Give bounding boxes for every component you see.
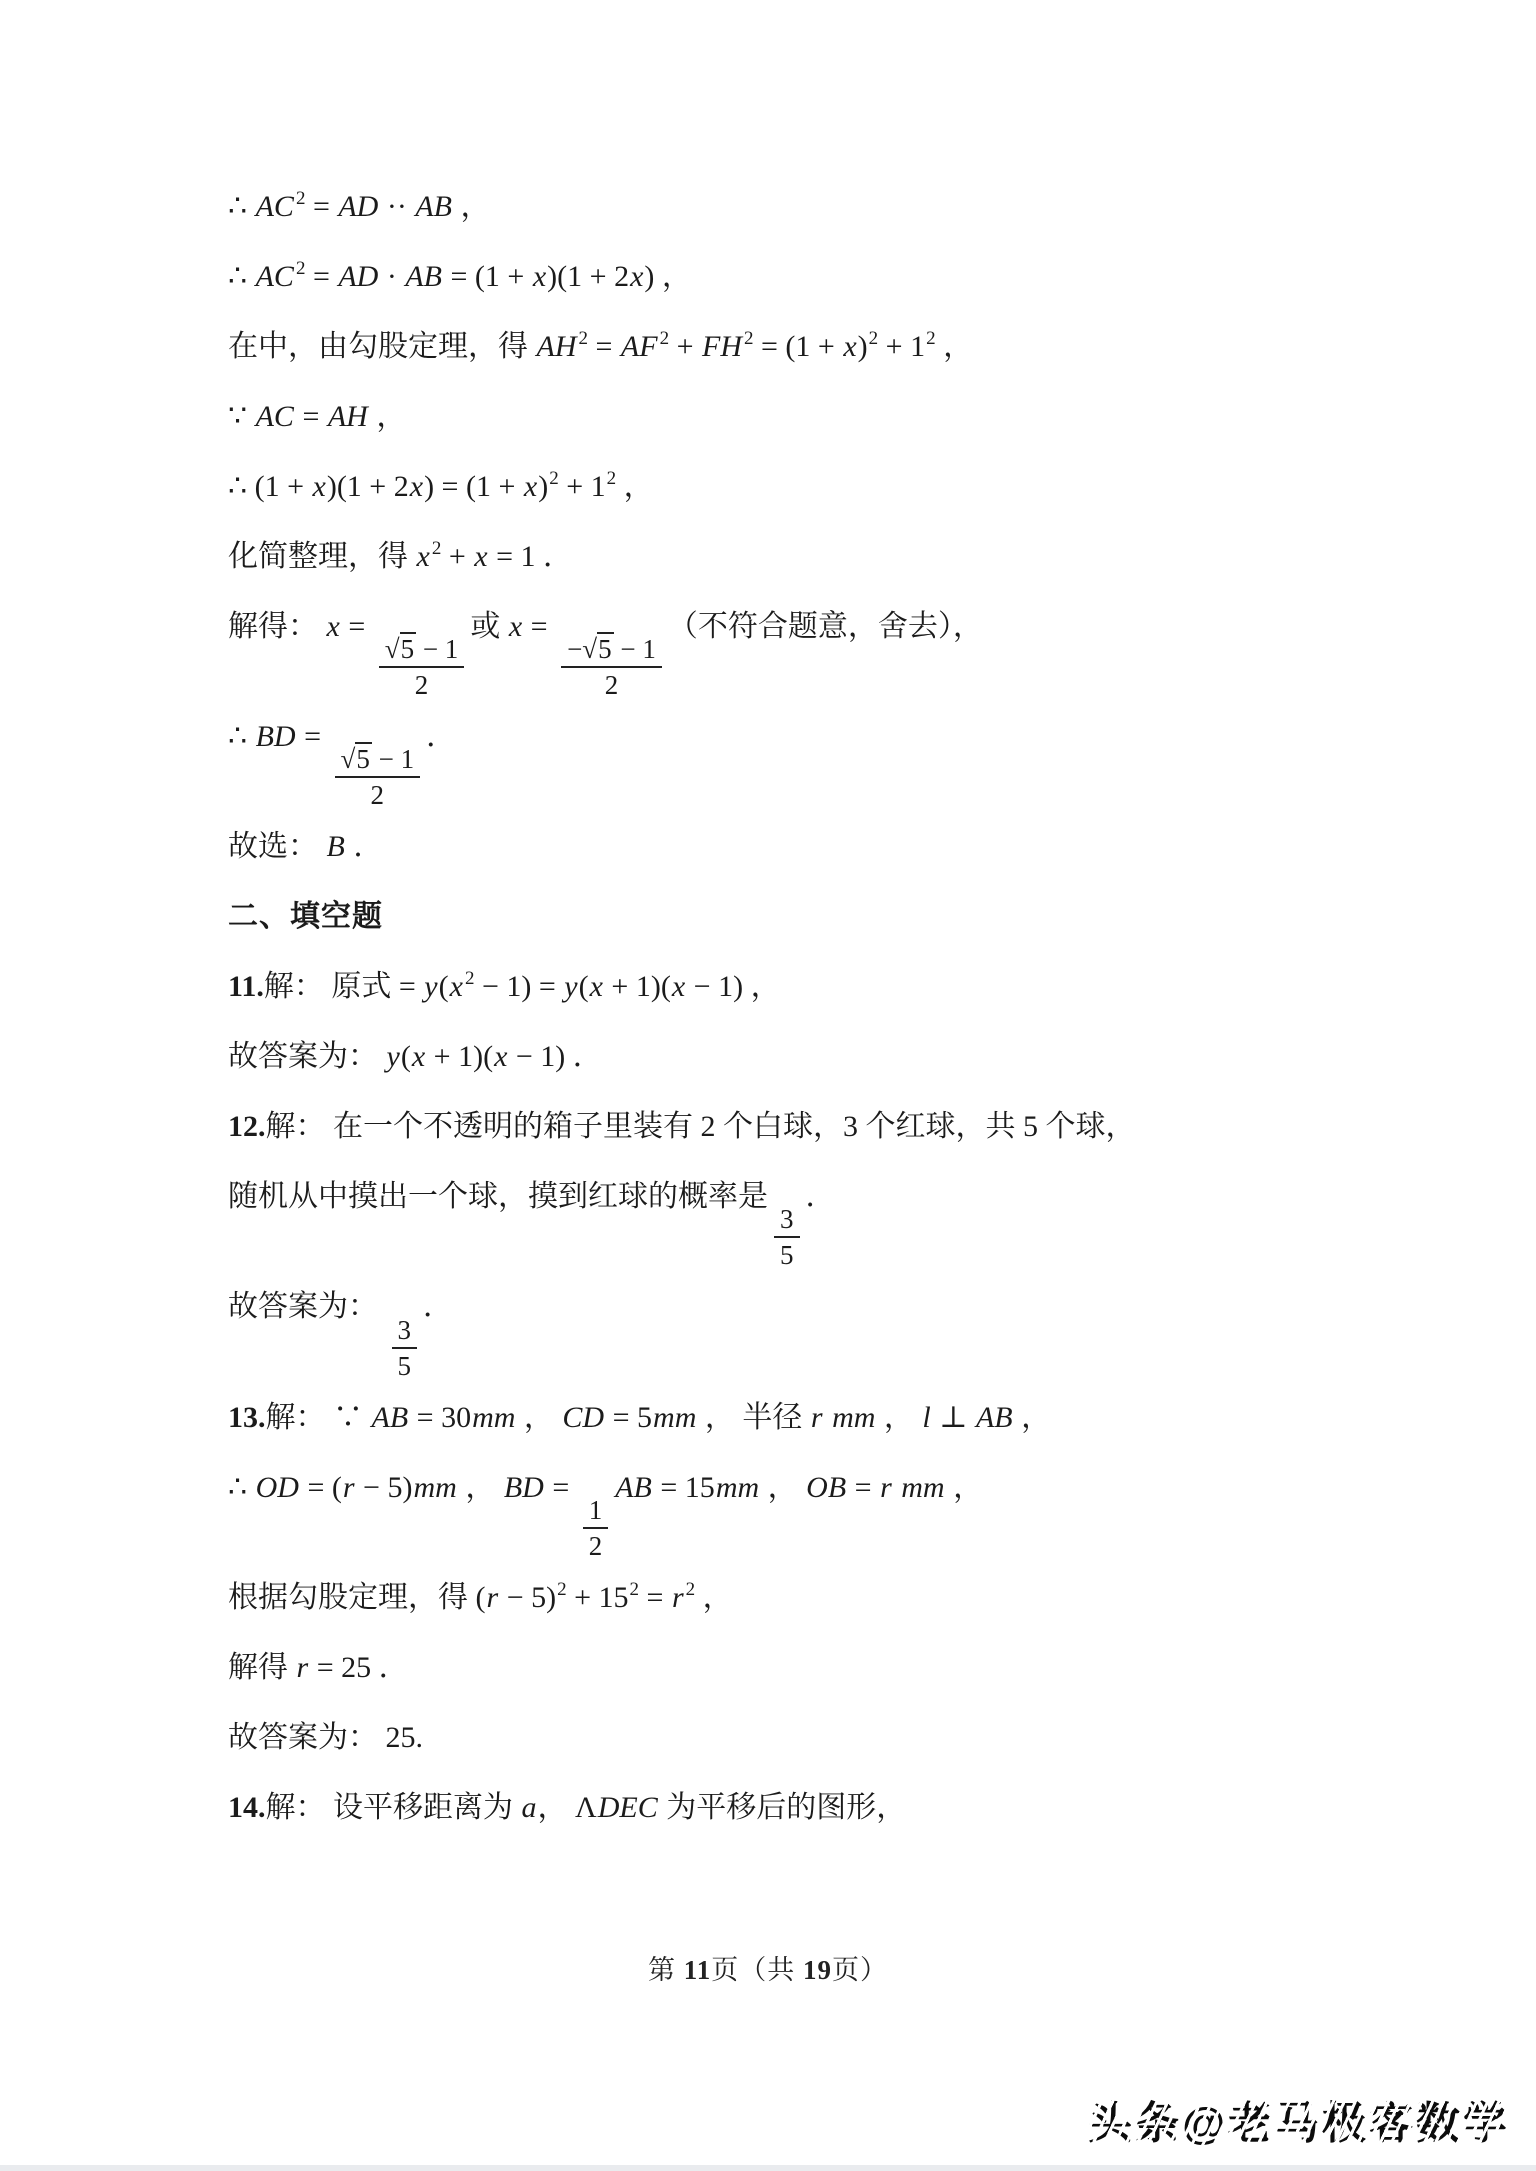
text-run: = (	[300, 1471, 342, 1504]
math-line: 根据勾股定理，得 (r − 5)2 + 152 = r2 ，	[228, 1581, 1476, 1615]
text-run: ∴	[228, 1471, 255, 1504]
page-bottom-edge	[0, 2165, 1536, 2171]
math-variable: OB	[805, 1471, 847, 1504]
text-run: =	[545, 1471, 577, 1504]
math-line: ∴ AC2 = AD ·· AB ，	[228, 190, 1476, 224]
math-variable: x	[409, 470, 424, 503]
text-run: ·	[379, 260, 404, 293]
fraction-denominator: 2	[415, 668, 429, 700]
math-variable: BD	[503, 1471, 545, 1504]
math-line: ∵ AC = AH ，	[228, 400, 1476, 434]
math-variable: r	[486, 1581, 500, 1614]
math-line: ∴ AC2 = AD · AB = (1 + x)(1 + 2x) ，	[228, 260, 1476, 294]
text-run: ．	[346, 830, 384, 863]
text-run: 解得	[228, 1651, 296, 1684]
text-run: =	[523, 610, 555, 643]
superscript: 2	[557, 1579, 567, 1600]
item-number: 12.	[228, 1110, 266, 1143]
text-run: = 25 ．	[309, 1651, 408, 1684]
math-variable: x	[842, 330, 857, 363]
math-variable: mm	[715, 1471, 760, 1504]
superscript: 2	[630, 1579, 640, 1600]
text-run: ，	[453, 190, 491, 223]
text-run: (	[439, 970, 449, 1003]
superscript: 2	[296, 258, 306, 279]
sqrt-radicand: 5	[597, 632, 614, 664]
text-run: 2	[605, 670, 619, 700]
math-variable: AB	[614, 1471, 653, 1504]
fraction: √5 − 12	[379, 634, 465, 700]
text-run: 为平移后的图形，	[659, 1791, 907, 1824]
text-run: ，	[936, 330, 974, 363]
sqrt-radicand: 5	[400, 632, 417, 664]
answer-content: ∴ AC2 = AD ·· AB ，∴ AC2 = AD · AB = (1 +…	[228, 190, 1476, 1861]
text-run: + 1	[878, 330, 925, 363]
math-variable: y	[563, 970, 578, 1003]
watermark-text: 头条@老马极客数学	[1088, 2087, 1510, 2151]
text-run: − 1) ，	[686, 970, 780, 1003]
text-run: = 15	[653, 1471, 715, 1504]
math-variable: AC	[255, 260, 295, 293]
math-line: ∴ BD = √5 − 12．	[228, 720, 1476, 810]
text-run: 根据勾股定理，得 (	[228, 1581, 486, 1614]
text-run: 故答案为： 25.	[228, 1721, 423, 1754]
item-number: 13.	[228, 1401, 266, 1434]
math-variable: x	[532, 260, 547, 293]
text-run: ，	[1014, 1401, 1052, 1434]
text-run	[824, 1401, 832, 1434]
fraction-numerator: −√5 − 1	[561, 634, 662, 668]
superscript: 2	[549, 468, 559, 489]
text-run: ， 半径	[697, 1401, 810, 1434]
text-run: + 1)(	[426, 1040, 493, 1073]
text-run: ∵	[228, 400, 255, 433]
superscript: 2	[607, 468, 617, 489]
math-line: 化简整理，得 x2 + x = 1 ．	[228, 540, 1476, 574]
text-run: − 1) ．	[508, 1040, 602, 1073]
text-run: ∴	[228, 260, 255, 293]
text-run: ，	[516, 1401, 561, 1434]
item-number: 19	[803, 1955, 832, 1985]
math-variable: AD	[337, 190, 379, 223]
superscript: 2	[660, 328, 670, 349]
math-variable: x	[523, 470, 538, 503]
text-run: 化简整理，得	[228, 540, 416, 573]
math-variable: x	[411, 1040, 426, 1073]
text-run: + 15	[567, 1581, 629, 1614]
math-variable: FH	[701, 330, 743, 363]
text-run: ) ，	[644, 260, 692, 293]
text-run: − 1	[416, 634, 458, 664]
math-variable: DEC	[597, 1791, 659, 1824]
math-variable: r	[879, 1471, 893, 1504]
text-run: (	[401, 1040, 411, 1073]
fraction-numerator: 3	[392, 1315, 418, 1349]
text-run: − 5)	[356, 1471, 413, 1504]
text-run: = (1 +	[443, 260, 532, 293]
superscript: 2	[869, 328, 879, 349]
fraction-denominator: 2	[589, 1529, 603, 1561]
text-run: 2	[589, 1531, 603, 1561]
text-run: 解： 设平移距离为	[266, 1791, 521, 1824]
math-variable: a	[521, 1791, 538, 1824]
page-footer: 第 11页（共 19页）	[0, 1948, 1536, 1987]
text-run: ∴	[228, 720, 255, 753]
text-run: −	[567, 634, 582, 664]
document-page: ∴ AC2 = AD ·· AB ，∴ AC2 = AD · AB = (1 +…	[0, 0, 1536, 2171]
fraction-denominator: 5	[398, 1349, 412, 1381]
math-variable: r	[296, 1651, 310, 1684]
fraction: 35	[774, 1204, 800, 1270]
text-run: 解： ∵	[266, 1401, 371, 1434]
text-run: 故答案为：	[228, 1040, 386, 1073]
fraction-numerator: √5 − 1	[335, 744, 421, 778]
math-line: 12.解： 在一个不透明的箱子里装有 2 个白球，3 个红球，共 5 个球，	[228, 1110, 1476, 1144]
math-variable: mm	[831, 1401, 876, 1434]
fraction-denominator: 5	[780, 1238, 794, 1270]
text-run: =	[305, 190, 337, 223]
text-run: =	[588, 330, 620, 363]
text-run: ．	[806, 1180, 836, 1213]
text-run: 页）	[832, 1955, 888, 1985]
math-line: 故答案为： 25.	[228, 1721, 1476, 1755]
text-run: ∴ (1 +	[228, 470, 312, 503]
math-variable: r	[810, 1401, 824, 1434]
text-run: 页（共	[711, 1955, 803, 1985]
superscript: 2	[465, 968, 475, 989]
text-run: )	[538, 470, 548, 503]
item-number: 14.	[228, 1791, 266, 1824]
text-run: ．	[423, 1290, 453, 1323]
text-run: 5	[398, 1351, 412, 1381]
text-run: =	[305, 260, 337, 293]
text-run: + 1	[559, 470, 606, 503]
math-variable: OD	[255, 1471, 300, 1504]
text-run: ，	[616, 470, 654, 503]
text-run: +	[669, 330, 701, 363]
text-run: ， Λ	[538, 1791, 597, 1824]
text-run: 1	[589, 1495, 603, 1525]
math-variable: B	[326, 830, 346, 863]
sqrt-radicand: 5	[355, 742, 372, 774]
text-run: 故答案为：	[228, 1290, 386, 1323]
math-variable: AB	[371, 1401, 410, 1434]
math-variable: CD	[561, 1401, 605, 1434]
math-variable: AF	[620, 330, 659, 363]
text-run: 第	[648, 1955, 684, 1985]
math-variable: mm	[471, 1401, 516, 1434]
text-run: (	[579, 970, 589, 1003]
fraction-denominator: 2	[371, 778, 385, 810]
math-variable: mm	[412, 1471, 457, 1504]
superscript: 2	[432, 538, 442, 559]
text-run: =	[295, 400, 327, 433]
math-variable: r	[342, 1471, 356, 1504]
math-variable: AC	[255, 400, 295, 433]
math-variable: BD	[255, 720, 297, 753]
text-run: ，	[876, 1401, 921, 1434]
superscript: 2	[296, 188, 306, 209]
math-line: 解得 r = 25 ．	[228, 1651, 1476, 1685]
text-run: 5	[780, 1240, 794, 1270]
fraction-denominator: 2	[605, 668, 619, 700]
fraction: −√5 − 12	[561, 634, 662, 700]
math-line: 故答案为： 35．	[228, 1290, 1476, 1380]
math-line: 随机从中摸出一个球，摸到红球的概率是35．	[228, 1180, 1476, 1270]
math-variable: x	[671, 970, 686, 1003]
text-run: 解： 在一个不透明的箱子里装有 2 个白球，3 个红球，共 5 个球，	[266, 1110, 1136, 1143]
text-run: ∴	[228, 190, 255, 223]
text-run: )(1 + 2	[327, 470, 409, 503]
superscript: 2	[686, 1579, 696, 1600]
math-line: ∴ OD = (r − 5)mm ， BD = 12AB = 15mm ， OB…	[228, 1471, 1476, 1561]
text-run: 在中，由勾股定理，得	[228, 330, 536, 363]
math-variable: AD	[337, 260, 379, 293]
math-variable: AH	[536, 330, 578, 363]
math-line: 故选： B ．	[228, 830, 1476, 864]
text-run: 解： 原式 =	[264, 970, 423, 1003]
item-number: 11.	[228, 970, 264, 1003]
math-variable: x	[312, 470, 327, 503]
math-variable: mm	[652, 1401, 697, 1434]
text-run: ⊥	[932, 1401, 975, 1434]
text-run: 2	[415, 670, 429, 700]
text-run: ，	[458, 1471, 503, 1504]
text-run: = 5	[605, 1401, 652, 1434]
text-run: 或	[470, 610, 508, 643]
math-variable: x	[629, 260, 644, 293]
math-variable: x	[416, 540, 431, 573]
math-variable: l	[921, 1401, 931, 1434]
text-run: )	[858, 330, 868, 363]
text-run: + 1)(	[604, 970, 671, 1003]
math-variable: AB	[414, 190, 453, 223]
text-run: ，	[760, 1471, 805, 1504]
text-run: − 1	[372, 744, 414, 774]
text-run: 随机从中摸出一个球，摸到红球的概率是	[228, 1180, 768, 1213]
fraction-numerator: 1	[583, 1495, 609, 1529]
math-line: 解得： x = √5 − 12或 x = −√5 − 12（不符合题意，舍去），	[228, 610, 1476, 700]
text-run: 二、填空题	[228, 900, 383, 933]
math-variable: AH	[327, 400, 369, 433]
text-run: （不符合题意，舍去），	[668, 610, 983, 643]
math-variable: y	[423, 970, 438, 1003]
text-run: =	[847, 1471, 879, 1504]
text-run: +	[441, 540, 473, 573]
math-variable: x	[493, 1040, 508, 1073]
math-variable: mm	[900, 1471, 945, 1504]
fraction: √5 − 12	[335, 744, 421, 810]
text-run: = 1 ．	[489, 540, 573, 573]
text-run: − 1	[614, 634, 656, 664]
text-run: 3	[398, 1315, 412, 1345]
math-variable: AC	[255, 190, 295, 223]
text-run: = (1 +	[754, 330, 843, 363]
superscript: 2	[579, 328, 589, 349]
text-run: ．	[426, 720, 456, 753]
text-run: 解得：	[228, 610, 326, 643]
text-run: 2	[371, 780, 385, 810]
text-run: =	[297, 720, 329, 753]
math-variable: x	[326, 610, 341, 643]
sqrt-expression: √5	[385, 632, 416, 664]
superscript: 2	[926, 328, 936, 349]
math-variable: x	[589, 970, 604, 1003]
text-run: ，	[695, 1581, 733, 1614]
text-run: ，	[369, 400, 407, 433]
section-heading: 二、填空题	[228, 900, 1476, 934]
math-line: 故答案为： y(x + 1)(x − 1) ．	[228, 1040, 1476, 1074]
item-number: 11	[684, 1955, 712, 1985]
math-line: 13.解： ∵ AB = 30mm ， CD = 5mm ， 半径 r mm ，…	[228, 1401, 1476, 1435]
text-run: − 5)	[499, 1581, 556, 1614]
text-run: ) = (1 +	[424, 470, 523, 503]
sqrt-expression: √5	[582, 632, 613, 664]
text-run: ··	[379, 190, 414, 223]
text-run: =	[341, 610, 373, 643]
text-run: = 30	[409, 1401, 471, 1434]
text-run: =	[639, 1581, 671, 1614]
math-variable: r	[671, 1581, 685, 1614]
text-run: 3	[780, 1204, 794, 1234]
math-variable: AB	[975, 1401, 1014, 1434]
superscript: 2	[744, 328, 754, 349]
fraction-numerator: √5 − 1	[379, 634, 465, 668]
math-line: ∴ (1 + x)(1 + 2x) = (1 + x)2 + 12 ，	[228, 470, 1476, 504]
text-run: ，	[946, 1471, 984, 1504]
math-variable: x	[508, 610, 523, 643]
math-variable: x	[449, 970, 464, 1003]
math-line: 在中，由勾股定理，得 AH2 = AF2 + FH2 = (1 + x)2 + …	[228, 330, 1476, 364]
text-run: − 1) =	[474, 970, 563, 1003]
fraction-numerator: 3	[774, 1204, 800, 1238]
text-run: 故选：	[228, 830, 326, 863]
math-variable: y	[386, 1040, 401, 1073]
math-line: 14.解： 设平移距离为 a， ΛDEC 为平移后的图形，	[228, 1791, 1476, 1825]
math-variable: AB	[404, 260, 443, 293]
sqrt-expression: √5	[341, 742, 372, 774]
math-line: 11.解： 原式 = y(x2 − 1) = y(x + 1)(x − 1) ，	[228, 970, 1476, 1004]
fraction: 12	[583, 1495, 609, 1561]
text-run: )(1 + 2	[547, 260, 629, 293]
math-variable: x	[473, 540, 488, 573]
fraction: 35	[392, 1315, 418, 1381]
